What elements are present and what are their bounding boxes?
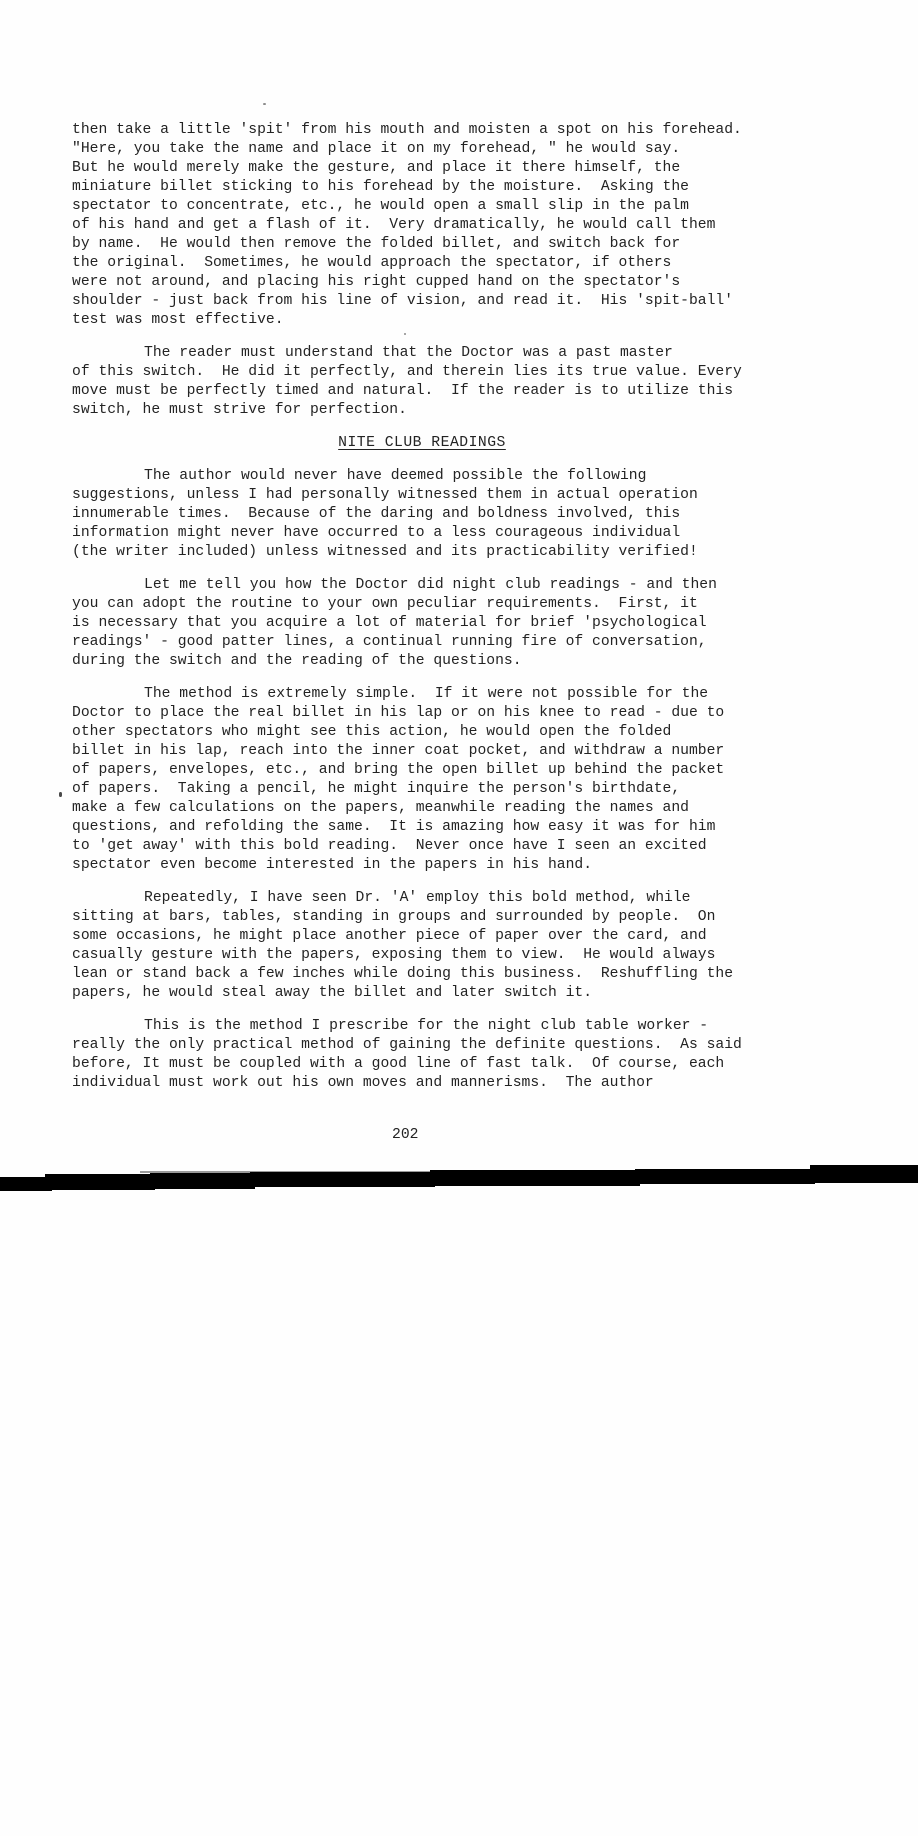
text-line: test was most effective. — [72, 311, 772, 330]
text-line: before, It must be coupled with a good l… — [72, 1055, 772, 1074]
bar-segment — [250, 1172, 435, 1187]
text-line: were not around, and placing his right c… — [72, 273, 772, 292]
text-line: The method is extremely simple. If it we… — [72, 685, 772, 704]
text-line: of this switch. He did it perfectly, and… — [72, 363, 772, 382]
text-line: then take a little 'spit' from his mouth… — [72, 121, 772, 140]
text-line: Doctor to place the real billet in his l… — [72, 704, 772, 723]
text-line: switch, he must strive for perfection. — [72, 401, 772, 420]
text-line: spectator even become interested in the … — [72, 856, 772, 875]
text-line: The author would never have deemed possi… — [72, 467, 772, 486]
paragraph: The method is extremely simple. If it we… — [72, 685, 772, 875]
text-line: to 'get away' with this bold reading. Ne… — [72, 837, 772, 856]
text-line: Repeatedly, I have seen Dr. 'A' employ t… — [72, 889, 772, 908]
text-line: information might never have occurred to… — [72, 524, 772, 543]
text-line: of his hand and get a flash of it. Very … — [72, 216, 772, 235]
text-line: the original. Sometimes, he would approa… — [72, 254, 772, 273]
paragraph: Let me tell you how the Doctor did night… — [72, 576, 772, 671]
text-line: really the only practical method of gain… — [72, 1036, 772, 1055]
bar-segment — [150, 1173, 255, 1189]
ink-speck — [59, 792, 62, 797]
page-number: 202 — [392, 1126, 418, 1145]
bar-segment — [635, 1169, 815, 1184]
paragraph: The author would never have deemed possi… — [72, 467, 772, 562]
text-line: innumerable times. Because of the daring… — [72, 505, 772, 524]
text-line: casually gesture with the papers, exposi… — [72, 946, 772, 965]
text-block: then take a little 'spit' from his mouth… — [72, 121, 772, 1107]
text-line: But he would merely make the gesture, an… — [72, 159, 772, 178]
text-line: suggestions, unless I had personally wit… — [72, 486, 772, 505]
text-line: papers, he would steal away the billet a… — [72, 984, 772, 1003]
paragraph: The reader must understand that the Doct… — [72, 344, 772, 420]
document-page: then take a little 'spit' from his mouth… — [0, 0, 918, 1836]
text-line: individual must work out his own moves a… — [72, 1074, 772, 1093]
text-line: readings' - good patter lines, a continu… — [72, 633, 772, 652]
paragraph: This is the method I prescribe for the n… — [72, 1017, 772, 1093]
text-line: by name. He would then remove the folded… — [72, 235, 772, 254]
text-line: some occasions, he might place another p… — [72, 927, 772, 946]
text-line: of papers. Taking a pencil, he might inq… — [72, 780, 772, 799]
paragraph: then take a little 'spit' from his mouth… — [72, 121, 772, 330]
bar-segment — [810, 1165, 918, 1183]
text-line: Let me tell you how the Doctor did night… — [72, 576, 772, 595]
text-line: you can adopt the routine to your own pe… — [72, 595, 772, 614]
text-line: This is the method I prescribe for the n… — [72, 1017, 772, 1036]
text-line: other spectators who might see this acti… — [72, 723, 772, 742]
bar-segment — [45, 1174, 155, 1190]
text-line: during the switch and the reading of the… — [72, 652, 772, 671]
text-line: sitting at bars, tables, standing in gro… — [72, 908, 772, 927]
text-line: make a few calculations on the papers, m… — [72, 799, 772, 818]
text-line: of papers, envelopes, etc., and bring th… — [72, 761, 772, 780]
ink-speck — [263, 103, 266, 105]
text-line: move must be perfectly timed and natural… — [72, 382, 772, 401]
text-line: is necessary that you acquire a lot of m… — [72, 614, 772, 633]
text-line: miniature billet sticking to his forehea… — [72, 178, 772, 197]
paragraph: Repeatedly, I have seen Dr. 'A' employ t… — [72, 889, 772, 1003]
bar-segment — [430, 1170, 640, 1186]
text-line: shoulder - just back from his line of vi… — [72, 292, 772, 311]
text-line: lean or stand back a few inches while do… — [72, 965, 772, 984]
text-line: billet in his lap, reach into the inner … — [72, 742, 772, 761]
text-line: "Here, you take the name and place it on… — [72, 140, 772, 159]
text-line: questions, and refolding the same. It is… — [72, 818, 772, 837]
text-line: (the writer included) unless witnessed a… — [72, 543, 772, 562]
ink-speck — [404, 333, 406, 335]
text-line: The reader must understand that the Doct… — [72, 344, 772, 363]
section-heading-text: NITE CLUB READINGS — [338, 435, 506, 451]
section-heading: NITE CLUB READINGS — [72, 434, 772, 453]
text-line: spectator to concentrate, etc., he would… — [72, 197, 772, 216]
